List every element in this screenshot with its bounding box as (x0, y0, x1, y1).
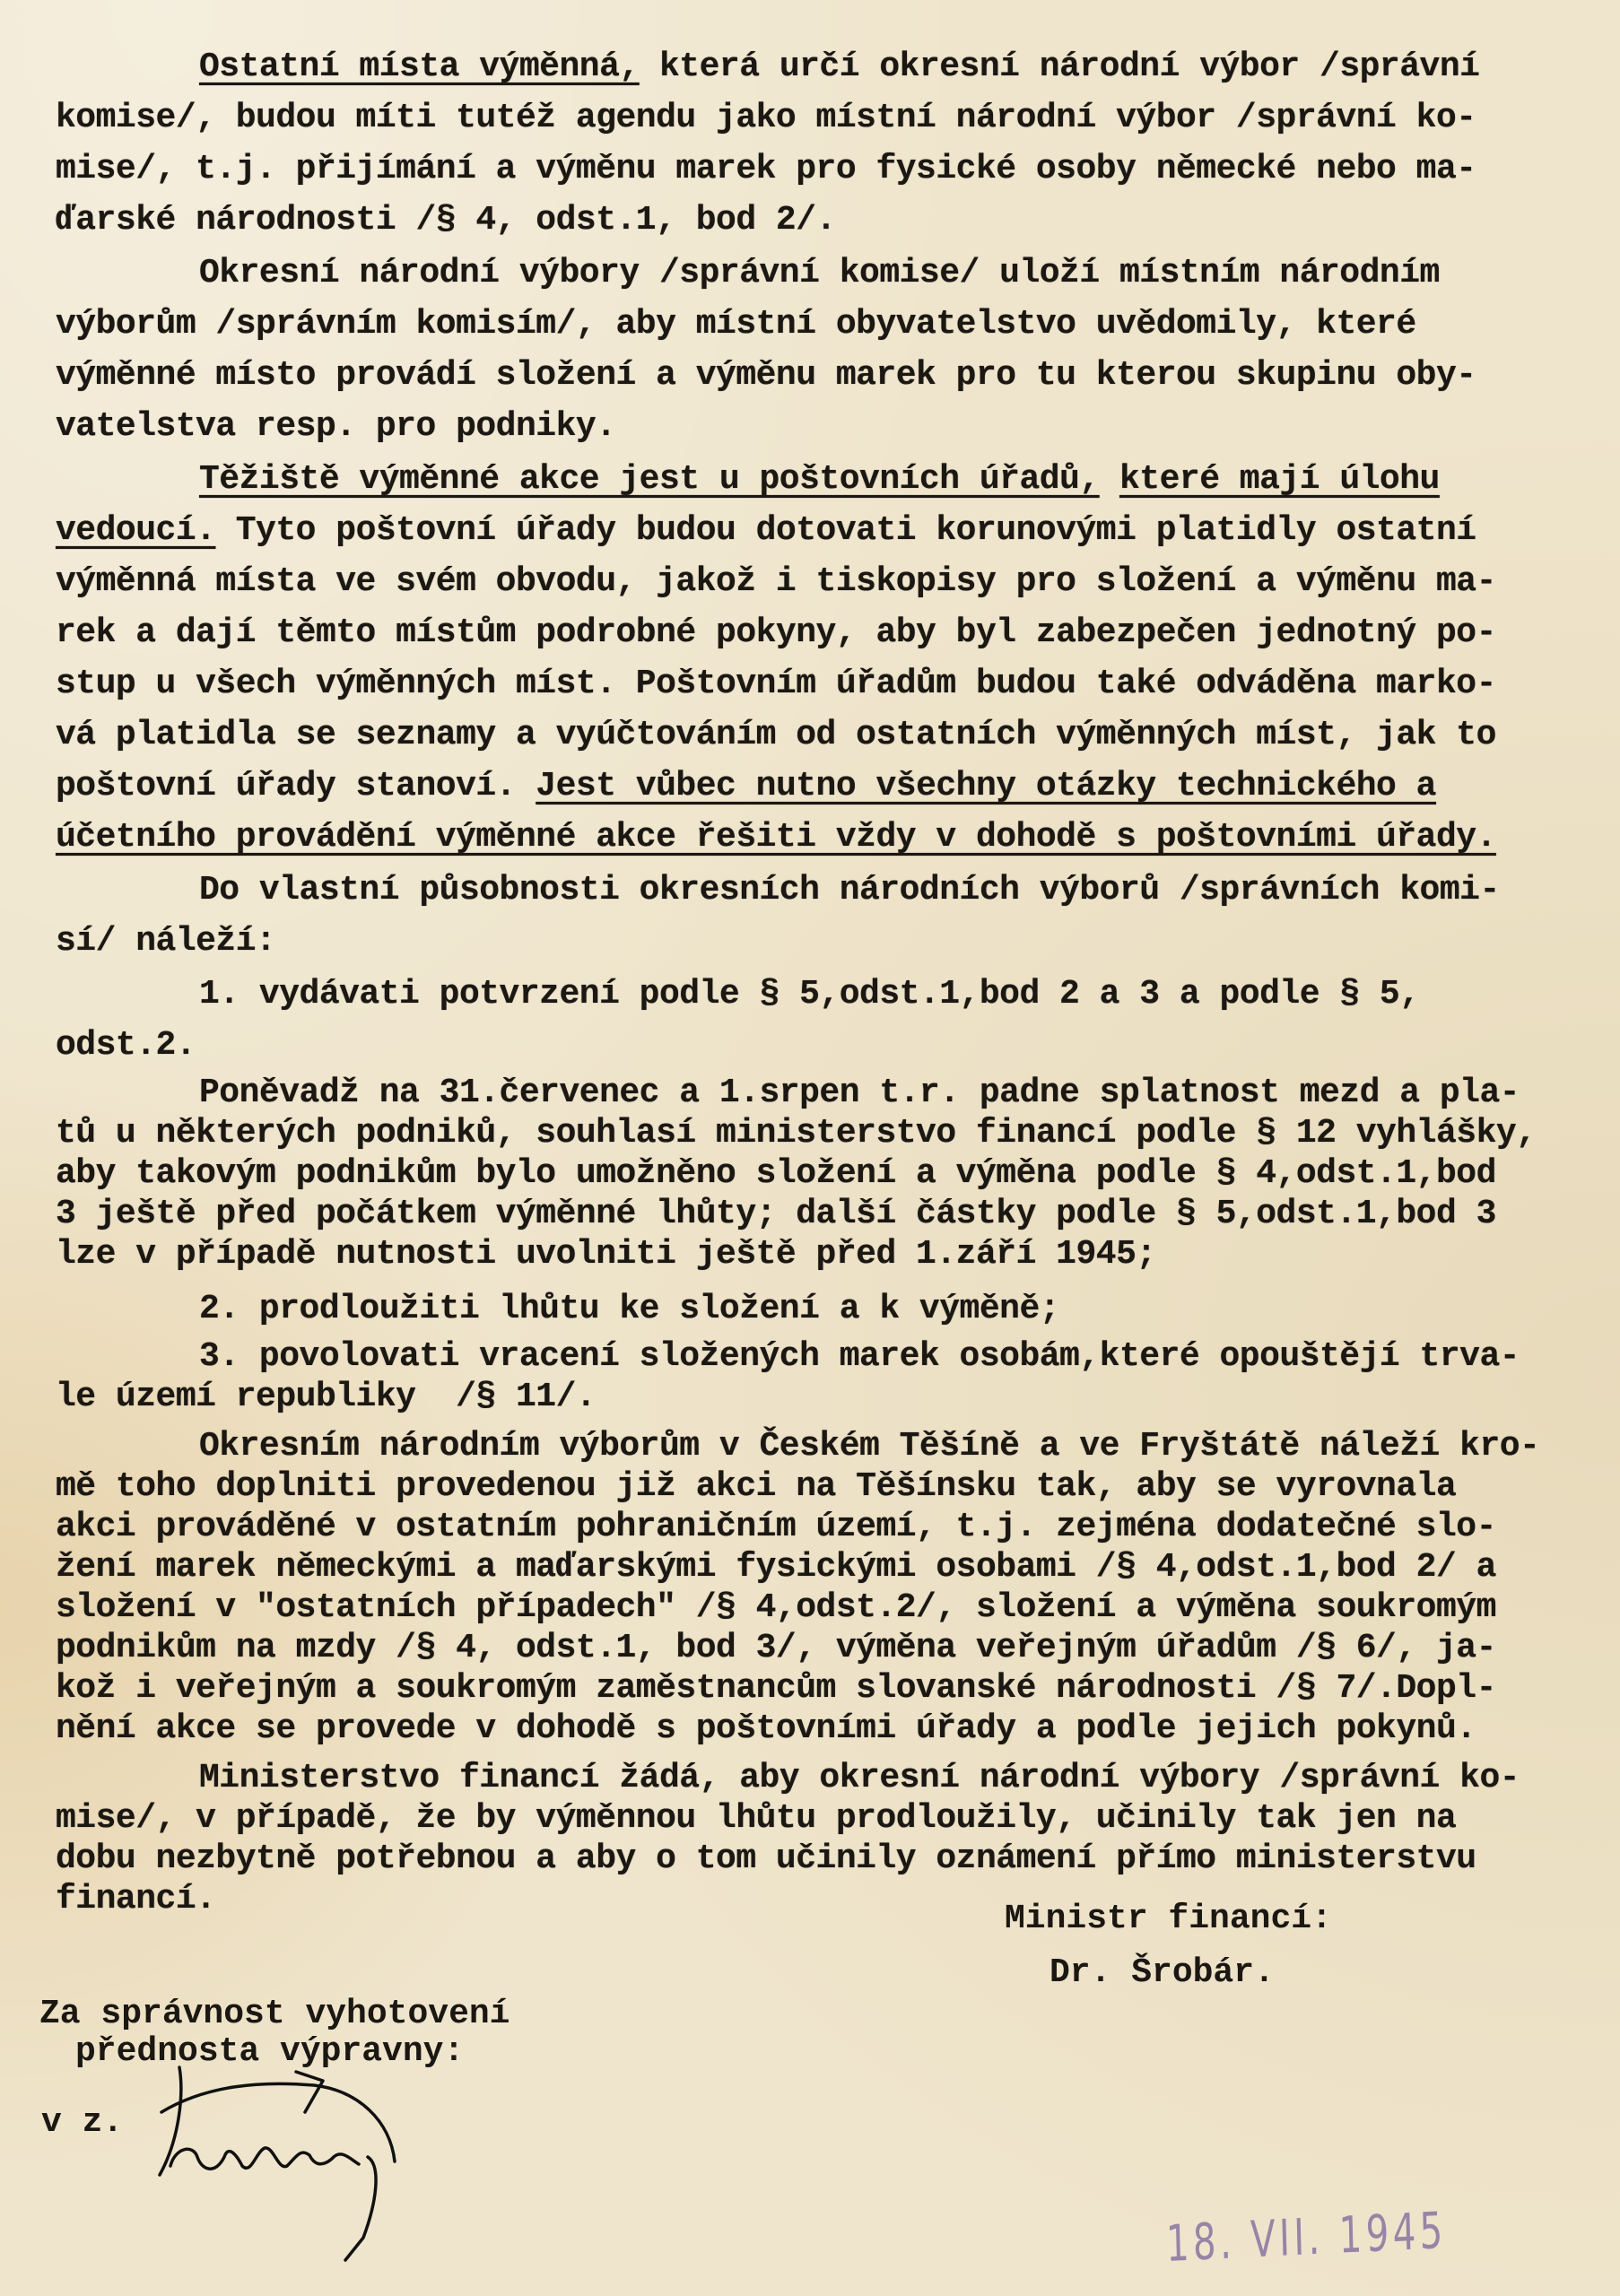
text-segment: financí. (56, 1880, 215, 1918)
text-line: sí/ náleží: (56, 916, 1572, 967)
text-segment: Okresní národní výbory /správní komise/ … (199, 254, 1440, 292)
signature-prefix: v z. (41, 2103, 123, 2142)
paragraph: 3. povolovati vracení složených marek os… (56, 1336, 1572, 1417)
paragraph: Do vlastní působnosti okresních národníc… (56, 865, 1572, 967)
text-segment: nění akce se provede v dohodě s poštovní… (56, 1709, 1476, 1748)
text-line: dobu nezbytně potřebnou a aby o tom učin… (56, 1839, 1572, 1879)
paragraph: Ministerstvo financí žádá, aby okresní n… (56, 1758, 1572, 1919)
text-line: 2. prodloužiti lhůtu ke složení a k výmě… (56, 1283, 1572, 1335)
text-segment: žení marek německými a maďarskými fysick… (56, 1548, 1496, 1587)
text-segment: mise/, t.j. přijímání a výměnu marek pro… (56, 150, 1476, 188)
text-line: komise/, budou míti tutéž agendu jako mí… (56, 92, 1572, 143)
text-line: tů u některých podniků, souhlasí ministe… (56, 1113, 1572, 1153)
document-body: Ostatní místa výměnná, která určí okresn… (56, 41, 1572, 1928)
text-segment: poštovní úřady stanoví. (56, 767, 536, 805)
text-segment: lze v případě nutnosti uvolniti ještě př… (56, 1235, 1156, 1274)
text-segment: podnikům na mzdy /§ 4, odst.1, bod 3/, v… (56, 1629, 1496, 1667)
minister-signature-block: Ministr financí: Dr. Šrobár. (1005, 1892, 1332, 2000)
text-line: akci prováděné v ostatním pohraničním úz… (56, 1507, 1572, 1547)
text-segment: komise/, budou míti tutéž agendu jako mí… (56, 99, 1476, 137)
text-line: lze v případě nutnosti uvolniti ještě př… (56, 1234, 1572, 1274)
text-segment: 3. povolovati vracení složených marek os… (199, 1337, 1520, 1376)
text-segment: dobu nezbytně potřebnou a aby o tom učin… (56, 1839, 1476, 1878)
text-line: financí. (56, 1879, 1572, 1919)
paragraph: Okresní národní výbory /správní komise/ … (56, 248, 1572, 452)
text-segment: Poněvadž na 31.červenec a 1.srpen t.r. p… (199, 1074, 1520, 1112)
underlined-text: Jest vůbec nutno všechny otázky technick… (536, 767, 1436, 805)
text-segment: výměnné místo provádí složení a výměnu m… (56, 356, 1476, 395)
text-line: mise/, v případě, že by výměnnou lhůtu p… (56, 1798, 1572, 1839)
paragraph: Poněvadž na 31.červenec a 1.srpen t.r. p… (56, 1073, 1572, 1274)
text-line: podnikům na mzdy /§ 4, odst.1, bod 3/, v… (56, 1628, 1572, 1668)
text-segment: odst.2. (56, 1026, 196, 1065)
text-line: mise/, t.j. přijímání a výměnu marek pro… (56, 143, 1572, 195)
text-segment: mě toho doplniti provedenou již akci na … (56, 1467, 1456, 1506)
paragraph: 2. prodloužiti lhůtu ke složení a k výmě… (56, 1283, 1572, 1335)
certification-line-1: Za správnost vyhotovení (39, 1996, 510, 2033)
text-segment: kož i veřejným a soukromým zaměstnancům … (56, 1669, 1496, 1708)
text-segment: vá platidla se seznamy a vyúčtováním od … (56, 716, 1496, 754)
text-segment: akci prováděné v ostatním pohraničním úz… (56, 1508, 1496, 1546)
text-segment: 1. vydávati potvrzení podle § 5,odst.1,b… (199, 975, 1420, 1013)
text-line: rek a dají těmto místům podrobné pokyny,… (56, 607, 1572, 658)
text-line: Těžiště výměnné akce jest u poštovních ú… (56, 454, 1572, 505)
text-line: 3. povolovati vracení složených marek os… (56, 1336, 1572, 1377)
text-segment (1100, 460, 1119, 499)
handwritten-signature (144, 2058, 538, 2265)
text-segment: rek a dají těmto místům podrobné pokyny,… (56, 613, 1496, 652)
text-segment: složení v "ostatních případech" /§ 4,ods… (56, 1588, 1496, 1627)
text-segment: vatelstva resp. pro podniky. (56, 407, 616, 446)
text-segment: Ministerstvo financí žádá, aby okresní n… (199, 1759, 1520, 1797)
text-line: poštovní úřady stanoví. Jest vůbec nutno… (56, 761, 1572, 812)
underlined-text: Těžiště výměnné akce jest u poštovních ú… (199, 460, 1100, 499)
text-line: stup u všech výměnných míst. Poštovním ú… (56, 658, 1572, 709)
text-line: odst.2. (56, 1020, 1572, 1071)
text-line: výměnná místa ve svém obvodu, jakož i ti… (56, 556, 1572, 607)
text-line: Okresní národní výbory /správní komise/ … (56, 248, 1572, 299)
text-line: ďarské národnosti /§ 4, odst.1, bod 2/. (56, 195, 1572, 246)
text-segment: mise/, v případě, že by výměnnou lhůtu p… (56, 1799, 1456, 1838)
text-segment: sí/ náleží: (56, 922, 275, 961)
text-line: aby takovým podnikům bylo umožněno slože… (56, 1153, 1572, 1194)
text-segment: Okresním národním výborům v Českém Těšín… (199, 1427, 1539, 1465)
text-line: Ministerstvo financí žádá, aby okresní n… (56, 1758, 1572, 1798)
text-line: vatelstva resp. pro podniky. (56, 401, 1572, 452)
text-line: Do vlastní působnosti okresních národníc… (56, 865, 1572, 916)
paragraph: Okresním národním výborům v Českém Těšín… (56, 1426, 1572, 1749)
text-segment: výborům /správním komisím/, aby místní o… (56, 305, 1416, 344)
text-line: le území republiky /§ 11/. (56, 1377, 1572, 1417)
underlined-text: účetního provádění výměnné akce řešiti v… (56, 818, 1496, 857)
text-segment: 3 ještě před počátkem výměnné lhůty; dal… (56, 1195, 1496, 1233)
text-line: vedoucí. Tyto poštovní úřady budou dotov… (56, 505, 1572, 556)
underlined-text: které mají úlohu (1119, 460, 1440, 499)
text-segment: ďarské národnosti /§ 4, odst.1, bod 2/. (56, 201, 836, 239)
text-line: žení marek německými a maďarskými fysick… (56, 1547, 1572, 1587)
underlined-text: Ostatní místa výměnná, (199, 48, 640, 86)
text-line: složení v "ostatních případech" /§ 4,ods… (56, 1587, 1572, 1628)
text-segment: Tyto poštovní úřady budou dotovati korun… (215, 511, 1476, 550)
text-line: 1. vydávati potvrzení podle § 5,odst.1,b… (56, 969, 1572, 1020)
text-segment: le území republiky /§ 11/. (56, 1378, 596, 1416)
text-line: nění akce se provede v dohodě s poštovní… (56, 1709, 1572, 1749)
minister-title: Ministr financí: (1005, 1892, 1332, 1946)
minister-name: Dr. Šrobár. (1005, 1946, 1332, 2000)
date-stamp: 18. VII. 1945 (1165, 2202, 1447, 2274)
text-line: Poněvadž na 31.červenec a 1.srpen t.r. p… (56, 1073, 1572, 1113)
text-line: výměnné místo provádí složení a výměnu m… (56, 350, 1572, 401)
text-line: 3 ještě před počátkem výměnné lhůty; dal… (56, 1194, 1572, 1234)
text-segment: aby takovým podnikům bylo umožněno slože… (56, 1154, 1496, 1193)
text-line: účetního provádění výměnné akce řešiti v… (56, 812, 1572, 863)
text-line: Okresním národním výborům v Českém Těšín… (56, 1426, 1572, 1466)
text-segment: tů u některých podniků, souhlasí ministe… (56, 1114, 1536, 1152)
underlined-text: vedoucí. (56, 511, 215, 550)
paragraph: Těžiště výměnné akce jest u poštovních ú… (56, 454, 1572, 863)
text-segment: stup u všech výměnných míst. Poštovním ú… (56, 665, 1496, 703)
text-segment: výměnná místa ve svém obvodu, jakož i ti… (56, 562, 1496, 601)
text-line: výborům /správním komisím/, aby místní o… (56, 299, 1572, 350)
paragraph: Ostatní místa výměnná, která určí okresn… (56, 41, 1572, 246)
paragraph: 1. vydávati potvrzení podle § 5,odst.1,b… (56, 969, 1572, 1071)
text-segment: Do vlastní působnosti okresních národníc… (199, 871, 1500, 909)
text-segment: 2. prodloužiti lhůtu ke složení a k výmě… (199, 1290, 1059, 1328)
text-line: Ostatní místa výměnná, která určí okresn… (56, 41, 1572, 92)
text-line: vá platidla se seznamy a vyúčtováním od … (56, 709, 1572, 761)
text-segment: která určí okresní národní výbor /správn… (640, 48, 1480, 86)
text-line: mě toho doplniti provedenou již akci na … (56, 1466, 1572, 1507)
text-line: kož i veřejným a soukromým zaměstnancům … (56, 1668, 1572, 1709)
